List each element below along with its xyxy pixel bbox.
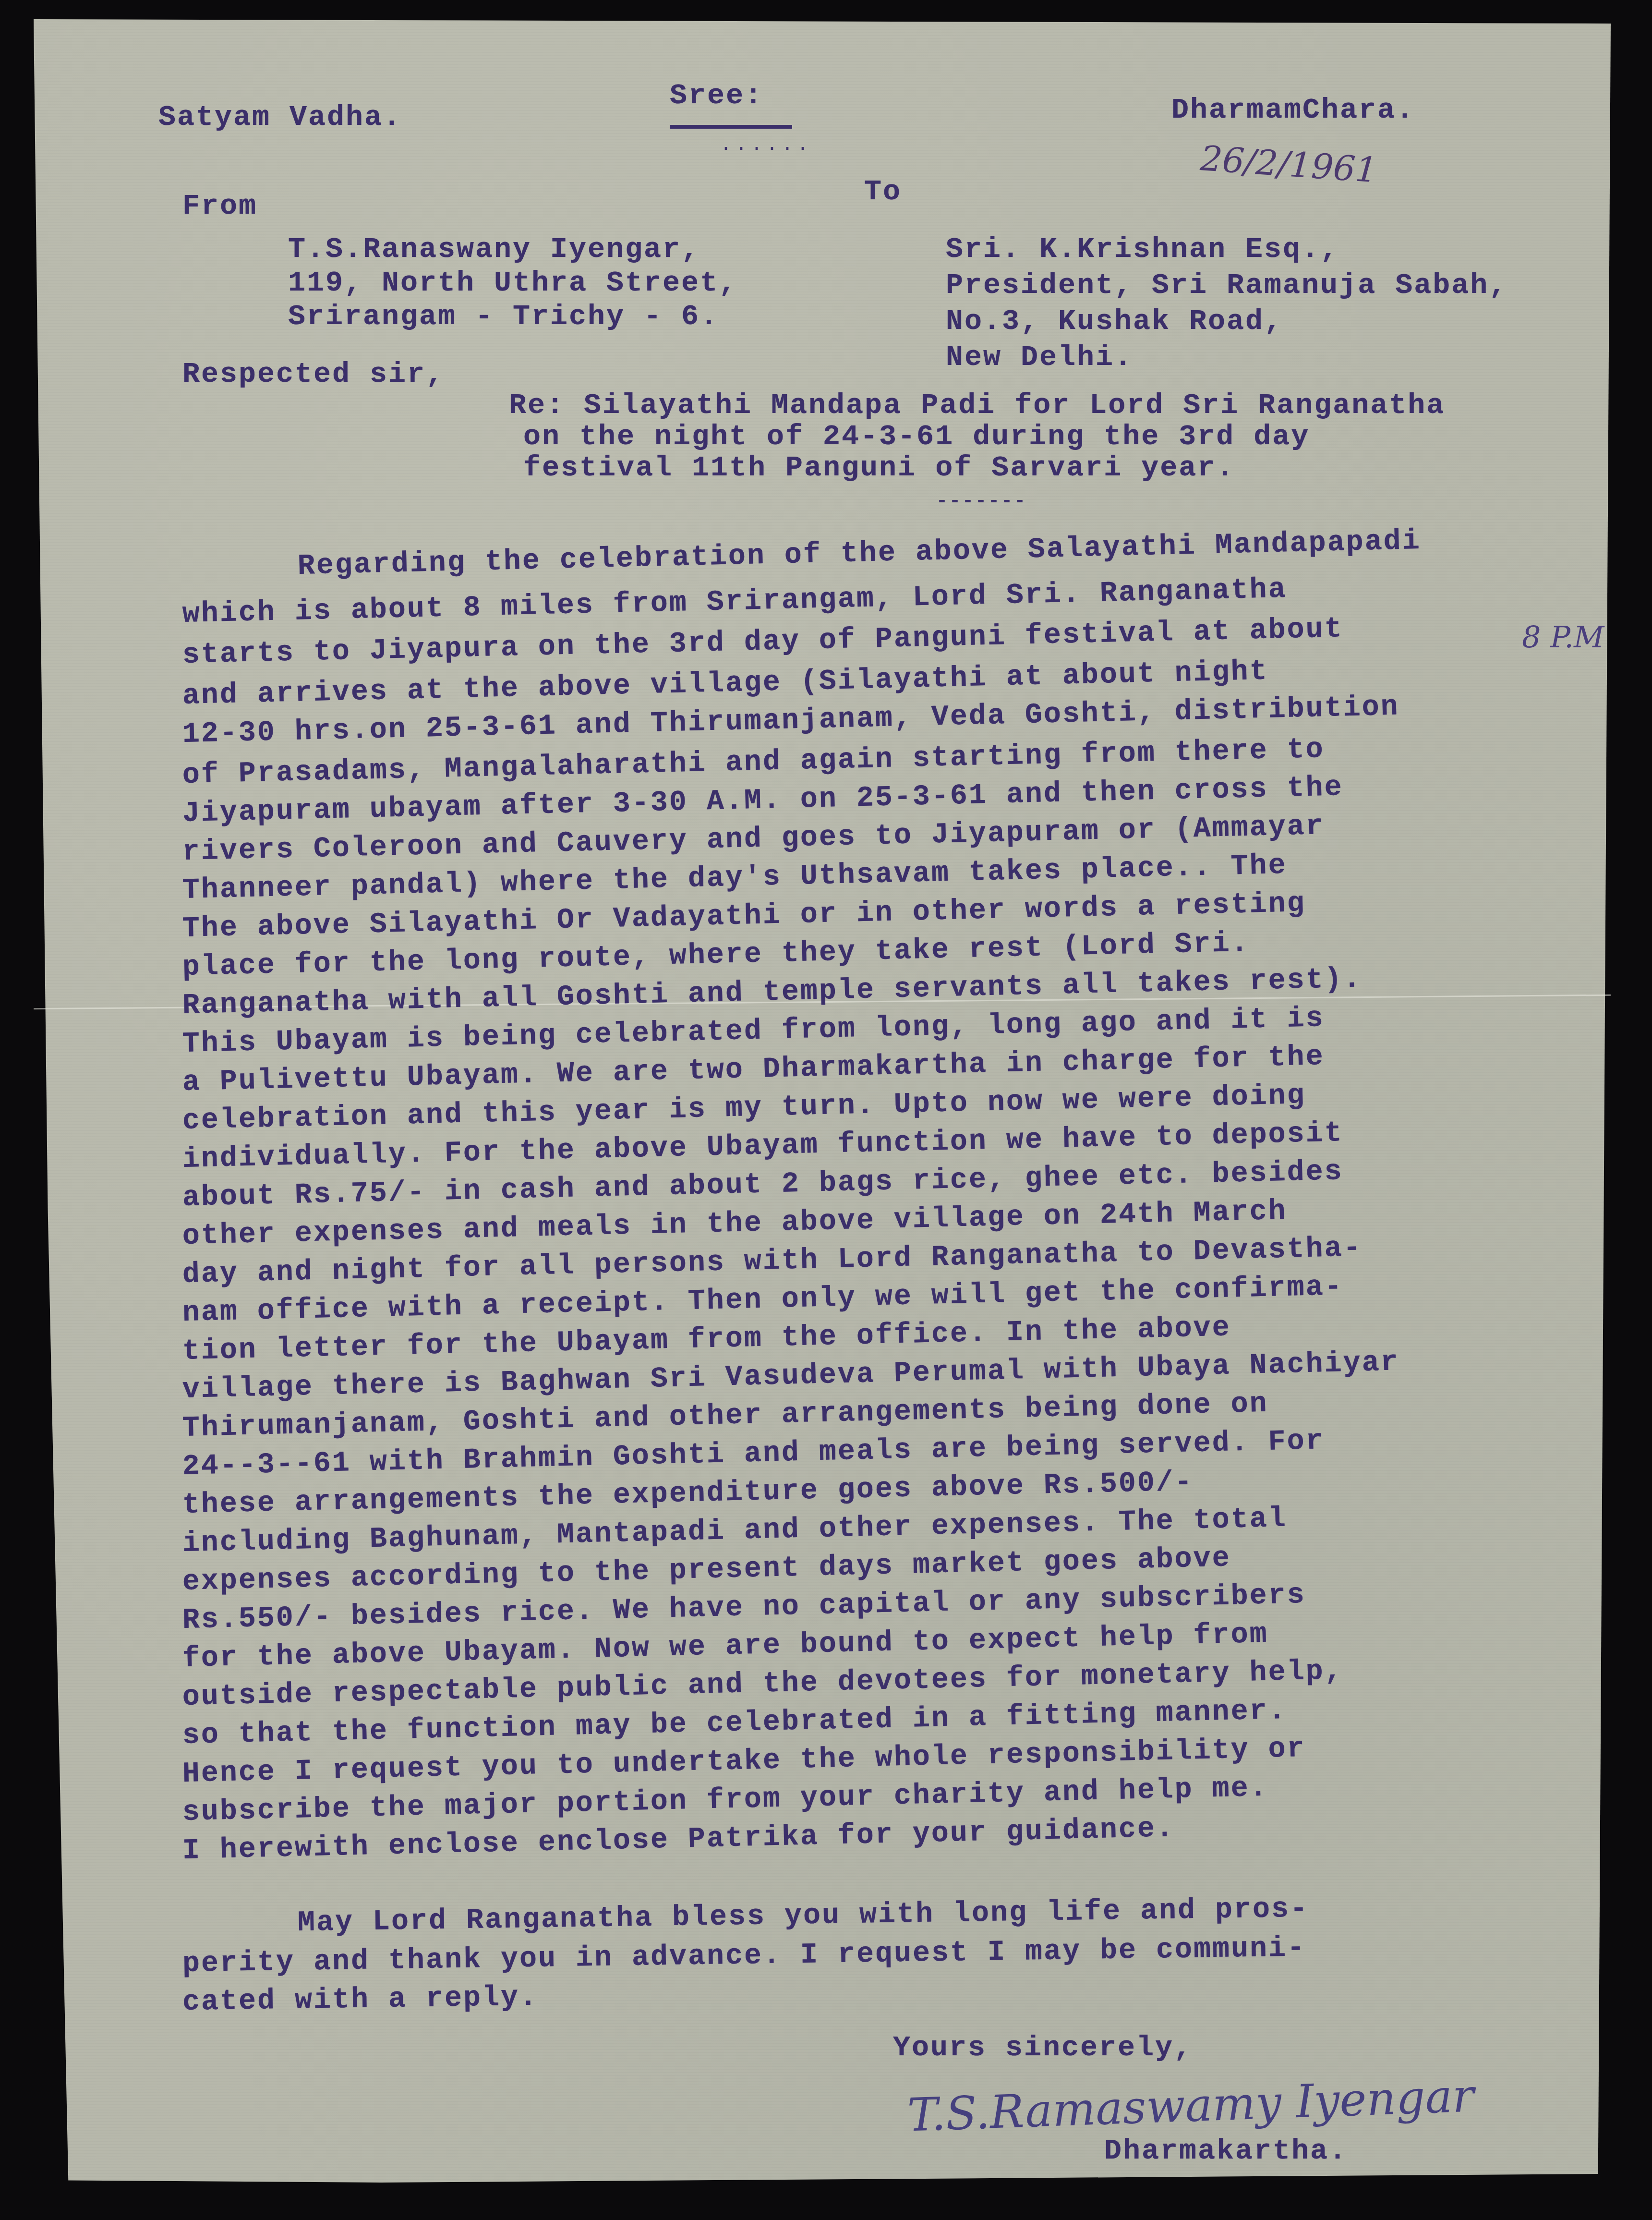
signatory-title: Dharmakartha. <box>1104 2137 1348 2166</box>
header-left-motto: Satyam Vadha. <box>158 103 402 132</box>
recipient-city: New Delhi. <box>946 343 1133 372</box>
valediction: Yours sincerely, <box>893 2034 1193 2062</box>
recipient-street: No.3, Kushak Road, <box>946 307 1283 336</box>
sender-street: 119, North Uthra Street, <box>288 269 737 298</box>
subject-line-1: Re: Silayathi Mandapa Padi for Lord Sri … <box>509 391 1445 420</box>
header-right-motto: DharmamChara. <box>1171 96 1415 125</box>
salutation: Respected sir, <box>182 360 445 389</box>
sender-name: T.S.Ranaswany Iyengar, <box>288 235 700 264</box>
subject-line-2: on the night of 24-3-61 during the 3rd d… <box>523 423 1310 451</box>
recipient-title: President, Sri Ramanuja Sabah, <box>946 271 1507 300</box>
subject-divider: ------- <box>936 492 1027 511</box>
subject-line-3: festival 11th Panguni of Sarvari year. <box>523 454 1235 483</box>
to-label: To <box>864 178 902 206</box>
handwritten-time-annotation: 8 P.M <box>1522 619 1604 655</box>
from-label: From <box>182 192 257 221</box>
recipient-name: Sri. K.Krishnan Esq., <box>946 235 1339 264</box>
header-center-invocation: Sree: <box>670 82 763 110</box>
sender-city: Srirangam - Trichy - 6. <box>288 303 719 331</box>
header-dotted-rule: ...... <box>720 134 812 156</box>
header-underline <box>670 125 792 129</box>
body-line: cated with a reply. <box>182 1983 539 2017</box>
